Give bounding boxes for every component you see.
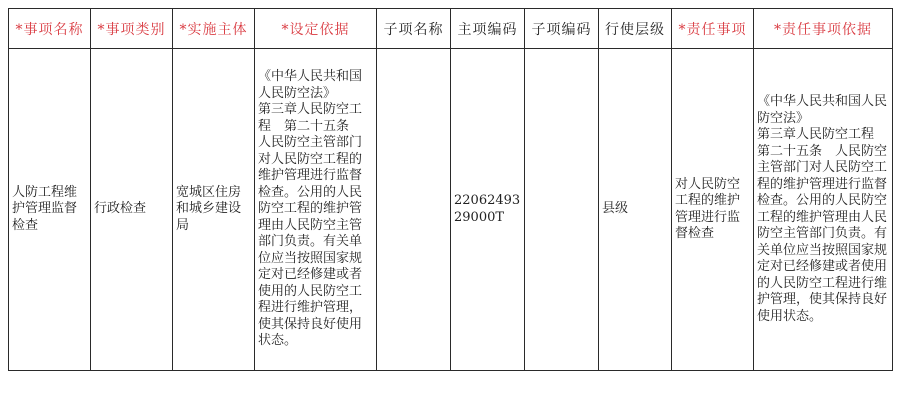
header-responsibility: *责任事项 (672, 9, 754, 49)
header-row: *事项名称 *事项类别 *实施主体 *设定依据 子项名称 主项编码 子项编码 行… (9, 9, 893, 49)
cell-item-name: 人防工程维护管理监督检查 (9, 49, 91, 371)
header-exercise-level: 行使层级 (599, 9, 672, 49)
header-item-category: *事项类别 (91, 9, 173, 49)
header-item-name: *事项名称 (9, 9, 91, 49)
cell-item-category: 行政检查 (91, 49, 173, 371)
cell-implementing-body: 宽城区住房和城乡建设局 (173, 49, 255, 371)
header-main-item-code: 主项编码 (451, 9, 525, 49)
cell-sub-item-code (525, 49, 599, 371)
header-implementing-body: *实施主体 (173, 9, 255, 49)
cell-responsibility: 对人民防空工程的维护管理进行监督检查 (672, 49, 754, 371)
header-sub-item-code: 子项编码 (525, 9, 599, 49)
cell-legal-basis: 《中华人民共和国人民防空法》 第三章人民防空工程 第二十五条 人民防空主管部门对… (255, 49, 377, 371)
cell-exercise-level: 县级 (599, 49, 672, 371)
cell-sub-item-name (377, 49, 451, 371)
header-sub-item-name: 子项名称 (377, 9, 451, 49)
table-row: 人防工程维护管理监督检查 行政检查 宽城区住房和城乡建设局 《中华人民共和国人民… (9, 49, 893, 371)
cell-main-item-code: 2206249329000T (451, 49, 525, 371)
responsibility-list-table: *事项名称 *事项类别 *实施主体 *设定依据 子项名称 主项编码 子项编码 行… (8, 8, 893, 371)
header-legal-basis: *设定依据 (255, 9, 377, 49)
header-responsibility-basis: *责任事项依据 (754, 9, 893, 49)
cell-responsibility-basis: 《中华人民共和国人民防空法》 第三章人民防空工程 第二十五条 人民防空主管部门对… (754, 49, 893, 371)
